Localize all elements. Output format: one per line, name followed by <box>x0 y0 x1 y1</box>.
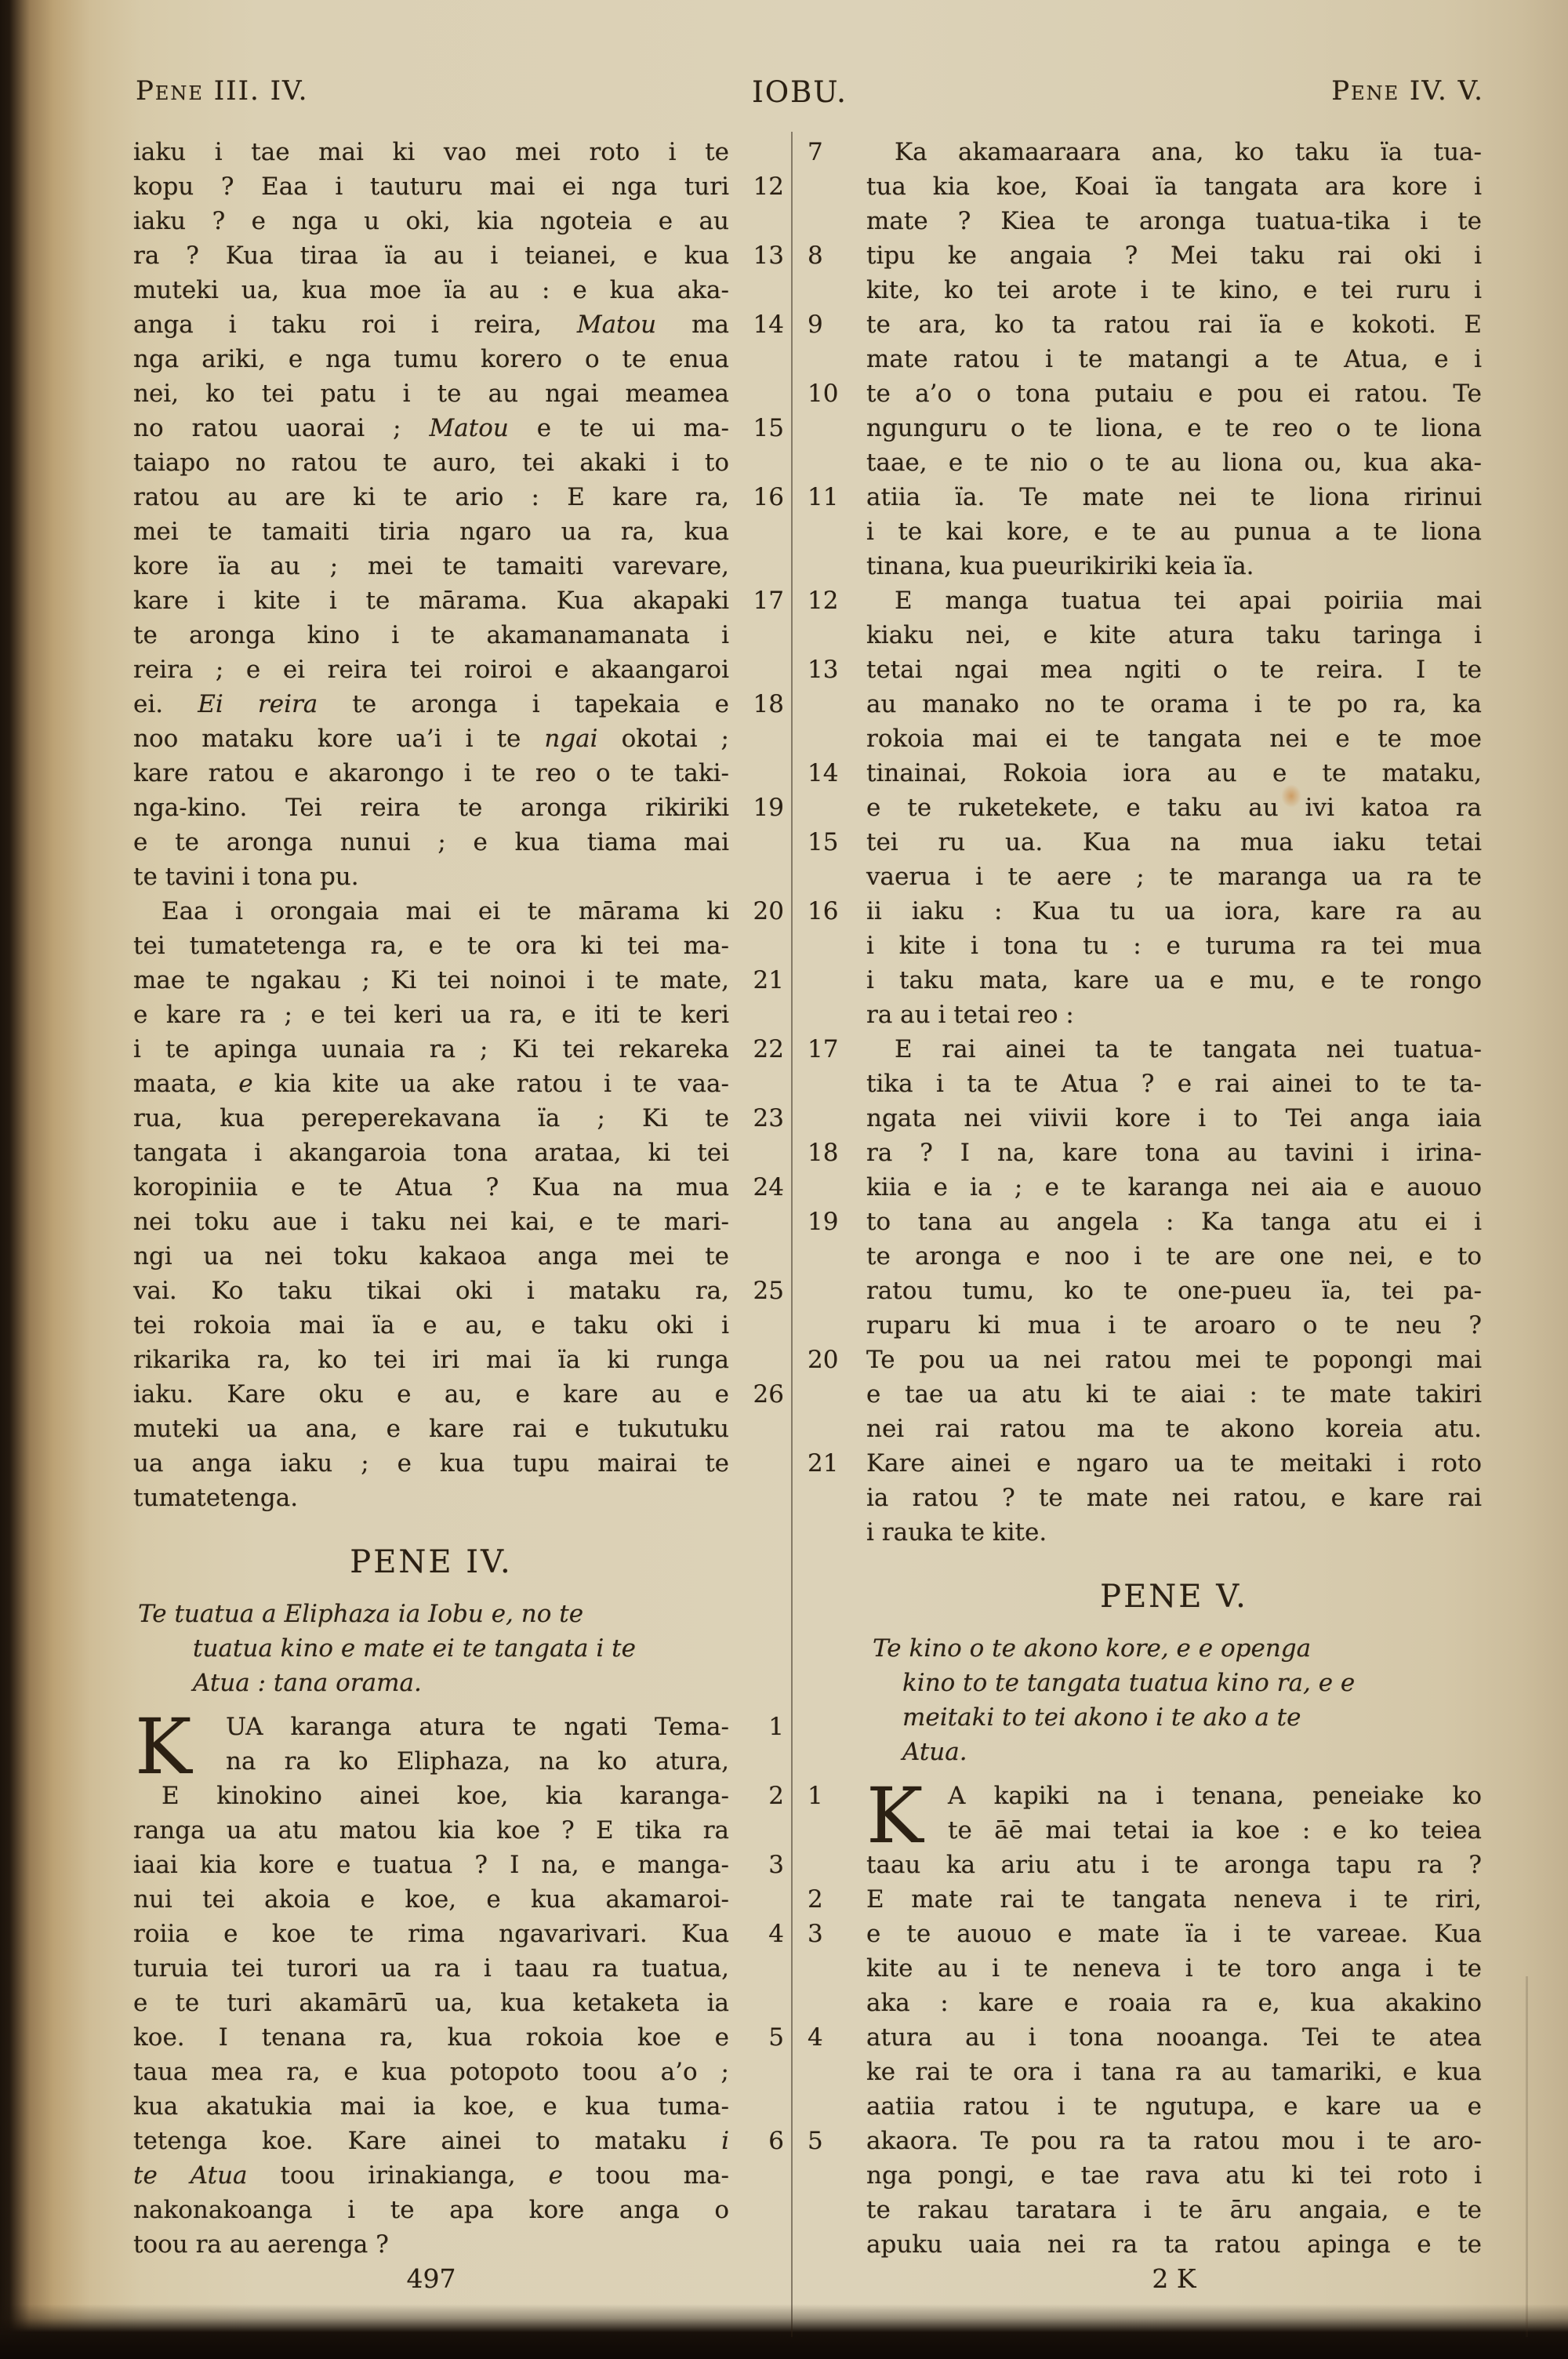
line-text: mate ? Kiea te aronga tuatua-tika i te <box>866 204 1482 238</box>
right-column: 7Ka akamaaraara ana, ko taku ïa tua-tua … <box>808 135 1482 2296</box>
text-line: 6tetenga koe. Kare ainei to mataku i <box>133 2124 784 2158</box>
text-line: i te kai kore, e te au punua a te liona <box>808 514 1482 549</box>
verse-number: 15 <box>753 411 784 445</box>
line-text: te āē mai tetai ia koe : e ko teiea <box>948 1813 1482 1848</box>
line-text: te ara, ko ta ratou rai ïa e kokoti. E <box>866 307 1482 342</box>
verse-number: 2 <box>808 1882 823 1917</box>
text-line: aka : kare e roaia ra e, kua akakino <box>808 1986 1482 2020</box>
page-number-text: 497 <box>133 2262 729 2296</box>
chapter-summary-line: kino to te tangata tuatua kino ra, e e <box>808 1666 1482 1700</box>
line-text: atiia ïa. Te mate nei te liona ririnui <box>866 480 1482 514</box>
line-text: iaku. Kare oku e au, e kare au e <box>133 1377 729 1412</box>
text-line: ruparu ki mua i te aroaro o te neu ? <box>808 1308 1482 1343</box>
text-line: 5akaora. Te pou ra ta ratou mou i te aro… <box>808 2124 1482 2158</box>
line-text: tinainai, Rokoia iora au e te mataku, <box>866 756 1482 791</box>
text-line: te tavini i tona pu. <box>133 860 784 894</box>
line-text: e te turi akamārū ua, kua ketaketa ia <box>133 1986 729 2020</box>
text-line: 10te a’o o tona putaiu e pou ei ratou. T… <box>808 376 1482 411</box>
verse-number: 13 <box>808 652 838 687</box>
line-text: rokoia mai ei te tangata nei e te moe <box>866 722 1482 756</box>
text-line: aatiia ratou i te ngutupa, e kare ua e <box>808 2089 1482 2124</box>
text-line: 17kare i kite i te mārama. Kua akapaki <box>133 583 784 618</box>
line-text: nakonakoanga i te apa kore anga o <box>133 2193 729 2227</box>
text-line: rokoia mai ei te tangata nei e te moe <box>808 722 1482 756</box>
text-line: te aronga e noo i te are one nei, e to <box>808 1239 1482 1274</box>
text-line: muteki ua, kua moe ïa au : e kua aka- <box>133 273 784 307</box>
line-text: taae, e te nio o te au liona ou, kua aka… <box>866 445 1482 480</box>
line-text: tuatua kino e mate ei te tangata i te <box>193 1631 729 1666</box>
text-line: ra au i tetai reo : <box>808 998 1482 1032</box>
verse-number: 4 <box>808 2020 823 2055</box>
line-text: e te auouo e mate ïa i te vareae. Kua <box>866 1917 1482 1951</box>
line-text: tei rokoia mai ïa e au, e taku oki i <box>133 1308 729 1343</box>
text-line: 21mae te ngakau ; Ki tei noinoi i te mat… <box>133 963 784 998</box>
line-text: ia ratou ? te mate nei ratou, e kare rai <box>866 1481 1482 1515</box>
text-line: rikarika ra, ko tei iri mai ïa ki runga <box>133 1343 784 1377</box>
line-text: kore ïa au ; mei te tamaiti varevare, <box>133 549 729 583</box>
line-text: ii iaku : Kua tu ua iora, kare ra au <box>866 894 1482 929</box>
text-line: mate ? Kiea te aronga tuatua-tika i te <box>808 204 1482 238</box>
line-text: ra au i tetai reo : <box>866 998 1482 1032</box>
verse-number: 13 <box>753 238 784 273</box>
line-text: Te pou ua nei ratou mei te popongi mai <box>866 1343 1482 1377</box>
text-line: nui tei akoia e koe, e kua akamaroi- <box>133 1882 784 1917</box>
verse-number: 4 <box>768 1917 784 1951</box>
line-text: mei te tamaiti tiria ngaro ua ra, kua <box>133 514 729 549</box>
line-text: apuku uaia nei ra ta ratou apinga e te <box>866 2227 1482 2262</box>
line-text: taiapo no ratou te auro, tei akaki i to <box>133 445 729 480</box>
line-text: meitaki to tei akono i te ako a te <box>902 1700 1482 1735</box>
line-text: kua akatukia mai ia koe, e kua tuma- <box>133 2089 729 2124</box>
text-line: e kare ra ; e tei keri ua ra, e iti te k… <box>133 998 784 1032</box>
verse-number: 22 <box>753 1032 784 1067</box>
text-line: apuku uaia nei ra ta ratou apinga e te <box>808 2227 1482 2262</box>
verse-number: 3 <box>808 1917 823 1951</box>
verse-number: 20 <box>808 1343 838 1377</box>
line-text: i te kai kore, e te au punua a te liona <box>866 514 1482 549</box>
line-text: nga-kino. Tei reira te aronga rikiriki <box>133 791 729 825</box>
text-line: e te aronga nunui ; e kua tiama mai <box>133 825 784 860</box>
verse-number: 23 <box>753 1101 784 1136</box>
text-line: 11atiia ïa. Te mate nei te liona ririnui <box>808 480 1482 514</box>
line-text: taau ka ariu atu i te aronga tapu ra ? <box>866 1848 1482 1882</box>
text-line: te āē mai tetai ia koe : e ko teiea <box>808 1813 1482 1848</box>
line-text: i te apinga uunaia ra ; Ki tei rekareka <box>133 1032 729 1067</box>
line-text: ngi ua nei toku kakaoa anga mei te <box>133 1239 729 1274</box>
text-line: noo mataku kore ua’i i te ngai okotai ; <box>133 722 784 756</box>
line-text: PENE IV. <box>133 1515 729 1579</box>
chapter-summary-line: Atua : tana orama. <box>133 1666 784 1700</box>
verse-number: 5 <box>808 2124 823 2158</box>
text-line: 12kopu ? Eaa i tauturu mai ei nga turi <box>133 169 784 204</box>
verse-number: 15 <box>808 825 838 860</box>
line-text: E kinokino ainei koe, kia karanga- <box>133 1779 729 1813</box>
verse-number: 19 <box>753 791 784 825</box>
text-line: 15tei ru ua. Kua na mua iaku tetai <box>808 825 1482 860</box>
line-text: nei toku aue i taku nei kai, e te mari- <box>133 1205 729 1239</box>
line-text: kare ratou e akarongo i te reo o te taki… <box>133 756 729 791</box>
line-text: Atua : tana orama. <box>193 1666 729 1700</box>
verse-number: 19 <box>808 1205 838 1239</box>
verse-number: 14 <box>808 756 838 791</box>
verse-number: 7 <box>808 135 823 169</box>
text-line: i rauka te kite. <box>808 1515 1482 1550</box>
line-text: Atua. <box>902 1735 1482 1769</box>
line-text: toou ra au aerenga ? <box>133 2227 729 2262</box>
text-line: kite au i te neneva i te toro anga i te <box>808 1951 1482 1986</box>
text-line: mei te tamaiti tiria ngaro ua ra, kua <box>133 514 784 549</box>
text-line: iaku ? e nga u oki, kia ngoteia e au <box>133 204 784 238</box>
text-line: taae, e te nio o te au liona ou, kua aka… <box>808 445 1482 480</box>
verse-number: 10 <box>808 376 838 411</box>
line-text: i rauka te kite. <box>866 1515 1482 1550</box>
verse-number: 12 <box>808 583 838 618</box>
line-text: noo mataku kore ua’i i te ngai okotai ; <box>133 722 729 756</box>
line-text: atura au i tona nooanga. Tei te atea <box>866 2020 1482 2055</box>
line-text: to tana au angela : Ka tanga atu ei i <box>866 1205 1482 1239</box>
text-line: 22i te apinga uunaia ra ; Ki tei rekarek… <box>133 1032 784 1067</box>
verse-number: 8 <box>808 238 823 273</box>
verse-number: 17 <box>808 1032 838 1067</box>
text-line: 20Te pou ua nei ratou mei te popongi mai <box>808 1343 1482 1377</box>
line-text: ke rai te ora i tana ra au tamariki, e k… <box>866 2055 1482 2089</box>
line-text: tinana, kua pueurikiriki keia ïa. <box>866 549 1482 583</box>
text-line: 21Kare ainei e ngaro ua te meitaki i rot… <box>808 1446 1482 1481</box>
line-text: rua, kua pereperekavana ïa ; Ki te <box>133 1101 729 1136</box>
text-line: ngata nei viivii kore i to Tei anga iaia <box>808 1101 1482 1136</box>
text-line: 3e te auouo e mate ïa i te vareae. Kua <box>808 1917 1482 1951</box>
text-line: 23rua, kua pereperekavana ïa ; Ki te <box>133 1101 784 1136</box>
signature-mark: 2 K <box>808 2262 1482 2296</box>
text-line: kua akatukia mai ia koe, e kua tuma- <box>133 2089 784 2124</box>
text-line: i taku mata, kare ua e mu, e te rongo <box>808 963 1482 998</box>
chapter-summary-line: Te tuatua a Eliphaza ia Iobu e, no te <box>133 1597 784 1631</box>
line-text: E manga tuatua tei apai poiriia mai <box>866 583 1482 618</box>
line-text: Te kino o te akono kore, e e openga <box>873 1631 1482 1666</box>
verse-number: 16 <box>808 894 838 929</box>
text-line: ke rai te ora i tana ra au tamariki, e k… <box>808 2055 1482 2089</box>
line-text: ua anga iaku ; e kua tupu mairai te <box>133 1446 729 1481</box>
left-column: iaku i tae mai ki vao mei roto i te12kop… <box>133 135 784 2296</box>
running-head-left: Pene III. IV. <box>136 75 308 107</box>
text-line: 16ratou au are ki te ario : E kare ra, <box>133 480 784 514</box>
line-text: kare i kite i te mārama. Kua akapaki <box>133 583 729 618</box>
text-line: e tae ua atu ki te aiai : te mate takiri <box>808 1377 1482 1412</box>
text-line: 19nga-kino. Tei reira te aronga rikiriki <box>133 791 784 825</box>
line-text: ratou au are ki te ario : E kare ra, <box>133 480 729 514</box>
line-text: ei. Ei reira te aronga i tapekaia e <box>133 687 729 722</box>
line-text: kite au i te neneva i te toro anga i te <box>866 1951 1482 1986</box>
text-line: nei, ko tei patu i te au ngai meamea <box>133 376 784 411</box>
line-text: koropiniia e te Atua ? Kua na mua <box>133 1170 729 1205</box>
running-head-right: Pene IV. V. <box>1331 75 1484 107</box>
text-line: mate ratou i te matangi a te Atua, e i <box>808 342 1482 376</box>
text-line: ngi ua nei toku kakaoa anga mei te <box>133 1239 784 1274</box>
verse-number: 20 <box>753 894 784 929</box>
verse-number: 12 <box>753 169 784 204</box>
text-line: 13tetai ngai mea ngiti o te reira. I te <box>808 652 1482 687</box>
text-line: ranga ua atu matou kia koe ? E tika ra <box>133 1813 784 1848</box>
text-line: 17E rai ainei ta te tangata nei tuatua- <box>808 1032 1482 1067</box>
text-line: tei rokoia mai ïa e au, e taku oki i <box>133 1308 784 1343</box>
text-line: tumatetenga. <box>133 1481 784 1515</box>
page-number: 497 <box>133 2262 784 2296</box>
text-line: te rakau taratara i te āru angaia, e te <box>808 2193 1482 2227</box>
text-line: 2E kinokino ainei koe, kia karanga- <box>133 1779 784 1813</box>
text-line: 15no ratou uaorai ; Matou e te ui ma- <box>133 411 784 445</box>
text-line: 16ii iaku : Kua tu ua iora, kare ra au <box>808 894 1482 929</box>
line-text: i kite i tona tu : e turuma ra tei mua <box>866 929 1482 963</box>
line-text: kite, ko tei arote i te kino, e tei ruru… <box>866 273 1482 307</box>
text-line: e te ruketekete, e taku au ivi katoa ra <box>808 791 1482 825</box>
text-line: 13ra ? Kua tiraa ïa au i teianei, e kua <box>133 238 784 273</box>
line-text: Eaa i orongaia mai ei te mārama ki <box>133 894 729 929</box>
text-line: tei tumatetenga ra, e te ora ki tei ma- <box>133 929 784 963</box>
line-text: tei ru ua. Kua na mua iaku tetai <box>866 825 1482 860</box>
chapter-heading: PENE V. <box>808 1550 1482 1631</box>
line-text: ranga ua atu matou kia koe ? E tika ra <box>133 1813 729 1848</box>
text-line: tua kia koe, Koai ïa tangata ara kore i <box>808 169 1482 204</box>
text-line: 18ra ? I na, kare tona au tavini i irina… <box>808 1136 1482 1170</box>
text-line: 8tipu ke angaia ? Mei taku rai oki i <box>808 238 1482 273</box>
verse-number: 1 <box>768 1710 784 1744</box>
line-text: ratou tumu, ko te one-pueu ïa, tei pa- <box>866 1274 1482 1308</box>
chapter-summary-line: meitaki to tei akono i te ako a te <box>808 1700 1482 1735</box>
verse-number: 21 <box>753 963 784 998</box>
verse-number: 3 <box>768 1848 784 1882</box>
text-line: 20Eaa i orongaia mai ei te mārama ki <box>133 894 784 929</box>
line-text: turuia tei turori ua ra i taau ra tuatua… <box>133 1951 729 1986</box>
line-text: aatiia ratou i te ngutupa, e kare ua e <box>866 2089 1482 2124</box>
line-text: te Atua toou irinakianga, e toou ma- <box>133 2158 729 2193</box>
line-text: aka : kare e roaia ra e, kua akakino <box>866 1986 1482 2020</box>
line-text: e kare ra ; e tei keri ua ra, e iti te k… <box>133 998 729 1032</box>
line-text: akaora. Te pou ra ta ratou mou i te aro- <box>866 2124 1482 2158</box>
line-text: e tae ua atu ki te aiai : te mate takiri <box>866 1377 1482 1412</box>
line-text: tetai ngai mea ngiti o te reira. I te <box>866 652 1482 687</box>
text-line: 18ei. Ei reira te aronga i tapekaia e <box>133 687 784 722</box>
text-line: te aronga kino i te akamanamanata i <box>133 618 784 652</box>
line-text: tei tumatetenga ra, e te ora ki tei ma- <box>133 929 729 963</box>
verse-number: 2 <box>768 1779 784 1813</box>
verse-number: 18 <box>808 1136 838 1170</box>
text-line: 4roiia e koe te rima ngavarivari. Kua <box>133 1917 784 1951</box>
line-text: taua mea ra, e kua potopoto toou a’o ; <box>133 2055 729 2089</box>
line-text: muteki ua, kua moe ïa au : e kua aka- <box>133 273 729 307</box>
text-line: nei rai ratou ma te akono koreia atu. <box>808 1412 1482 1446</box>
line-text: kiaku nei, e kite atura taku taringa i <box>866 618 1482 652</box>
line-text: roiia e koe te rima ngavarivari. Kua <box>133 1917 729 1951</box>
verse-number: 18 <box>753 687 784 722</box>
chapter-summary-line: Te kino o te akono kore, e e openga <box>808 1631 1482 1666</box>
line-text: nei, ko tei patu i te au ngai meamea <box>133 376 729 411</box>
text-line: maata, e kia kite ua ake ratou i te vaa- <box>133 1067 784 1101</box>
line-text: ngunguru o te liona, e te reo o te liona <box>866 411 1482 445</box>
line-text: anga i taku roi i reira, Matou ma <box>133 307 729 342</box>
text-line: muteki ua ana, e kare rai e tukutuku <box>133 1412 784 1446</box>
line-text: mate ratou i te matangi a te Atua, e i <box>866 342 1482 376</box>
text-line: 5koe. I tenana ra, kua rokoia koe e <box>133 2020 784 2055</box>
text-line: 4atura au i tona nooanga. Tei te atea <box>808 2020 1482 2055</box>
verse-number: 6 <box>768 2124 784 2158</box>
line-text: ra ? Kua tiraa ïa au i teianei, e kua <box>133 238 729 273</box>
verse-number: 16 <box>753 480 784 514</box>
line-text: A kapiki na i tenana, peneiake ko <box>948 1779 1482 1813</box>
verse-number: 17 <box>753 583 784 618</box>
chapter-summary-line: Atua. <box>808 1735 1482 1769</box>
line-text: kiia e ia ; e te karanga nei aia e auouo <box>866 1170 1482 1205</box>
chapter-heading: PENE IV. <box>133 1515 784 1597</box>
line-text: tumatetenga. <box>133 1481 729 1515</box>
text-line: nakonakoanga i te apa kore anga o <box>133 2193 784 2227</box>
line-text: tipu ke angaia ? Mei taku rai oki i <box>866 238 1482 273</box>
verse-number: 9 <box>808 307 823 342</box>
line-text: na ra ko Eliphaza, na ko atura, <box>226 1744 729 1779</box>
text-line: kite, ko tei arote i te kino, e tei ruru… <box>808 273 1482 307</box>
line-text: iaku i tae mai ki vao mei roto i te <box>133 135 729 169</box>
text-line: 26iaku. Kare oku e au, e kare au e <box>133 1377 784 1412</box>
text-line: 25vai. Ko taku tikai oki i mataku ra, <box>133 1274 784 1308</box>
text-line: kiia e ia ; e te karanga nei aia e auouo <box>808 1170 1482 1205</box>
line-text: te rakau taratara i te āru angaia, e te <box>866 2193 1482 2227</box>
line-text: Ka akamaaraara ana, ko taku ïa tua- <box>866 135 1482 169</box>
verse-number: 5 <box>768 2020 784 2055</box>
page-edge-shadow <box>1526 1976 1528 2337</box>
line-text: e te aronga nunui ; e kua tiama mai <box>133 825 729 860</box>
text-line: 2E mate rai te tangata neneva i te riri, <box>808 1882 1482 1917</box>
text-line: ngunguru o te liona, e te reo o te liona <box>808 411 1482 445</box>
chapter-summary-line: tuatua kino e mate ei te tangata i te <box>133 1631 784 1666</box>
line-text: vaerua i te aere ; te maranga ua ra te <box>866 860 1482 894</box>
line-text: iaku ? e nga u oki, kia ngoteia e au <box>133 204 729 238</box>
line-text: E rai ainei ta te tangata nei tuatua- <box>866 1032 1482 1067</box>
text-line: nga ariki, e nga tumu korero o te enua <box>133 342 784 376</box>
line-text: koe. I tenana ra, kua rokoia koe e <box>133 2020 729 2055</box>
line-text: PENE V. <box>866 1550 1482 1614</box>
line-text: maata, e kia kite ua ake ratou i te vaa- <box>133 1067 729 1101</box>
line-text: mae te ngakau ; Ki tei noinoi i te mate, <box>133 963 729 998</box>
text-line: 14tinainai, Rokoia iora au e te mataku, <box>808 756 1482 791</box>
text-line: 24koropiniia e te Atua ? Kua na mua <box>133 1170 784 1205</box>
text-line: ratou tumu, ko te one-pueu ïa, tei pa- <box>808 1274 1482 1308</box>
line-text: UA karanga atura te ngati Tema- <box>226 1710 729 1744</box>
running-head-title: IOBU. <box>721 75 878 109</box>
text-line: K1A kapiki na i tenana, peneiake ko <box>808 1779 1482 1813</box>
text-line: kare ratou e akarongo i te reo o te taki… <box>133 756 784 791</box>
text-line: 14anga i taku roi i reira, Matou ma <box>133 307 784 342</box>
text-line: kore ïa au ; mei te tamaiti varevare, <box>133 549 784 583</box>
text-line: vaerua i te aere ; te maranga ua ra te <box>808 860 1482 894</box>
line-text: tika i ta te Atua ? e rai ainei to te ta… <box>866 1067 1482 1101</box>
text-line: K1UA karanga atura te ngati Tema- <box>133 1710 784 1744</box>
line-text: te a’o o tona putaiu e pou ei ratou. Te <box>866 376 1482 411</box>
line-text: nga ariki, e nga tumu korero o te enua <box>133 342 729 376</box>
verse-number: 21 <box>808 1446 838 1481</box>
line-text: kino to te tangata tuatua kino ra, e e <box>902 1666 1482 1700</box>
verse-number: 14 <box>753 307 784 342</box>
line-text: au manako no te orama i te po ra, ka <box>866 687 1482 722</box>
text-line: 12E manga tuatua tei apai poiriia mai <box>808 583 1482 618</box>
signature-mark-text: 2 K <box>866 2262 1482 2296</box>
text-line: turuia tei turori ua ra i taau ra tuatua… <box>133 1951 784 1986</box>
line-text: e te ruketekete, e taku au ivi katoa ra <box>866 791 1482 825</box>
text-line: 19to tana au angela : Ka tanga atu ei i <box>808 1205 1482 1239</box>
line-text: rikarika ra, ko tei iri mai ïa ki runga <box>133 1343 729 1377</box>
text-line: kiaku nei, e kite atura taku taringa i <box>808 618 1482 652</box>
verse-number: 24 <box>753 1170 784 1205</box>
line-text: nei rai ratou ma te akono koreia atu. <box>866 1412 1482 1446</box>
text-line: na ra ko Eliphaza, na ko atura, <box>133 1744 784 1779</box>
line-text: tetenga koe. Kare ainei to mataku i <box>133 2124 729 2158</box>
text-line: i kite i tona tu : e turuma ra tei mua <box>808 929 1482 963</box>
line-text: Te tuatua a Eliphaza ia Iobu e, no te <box>138 1597 729 1631</box>
text-line: nei toku aue i taku nei kai, e te mari- <box>133 1205 784 1239</box>
line-text: te aronga e noo i te are one nei, e to <box>866 1239 1482 1274</box>
text-line: taau ka ariu atu i te aronga tapu ra ? <box>808 1848 1482 1882</box>
text-line: tinana, kua pueurikiriki keia ïa. <box>808 549 1482 583</box>
line-text: vai. Ko taku tikai oki i mataku ra, <box>133 1274 729 1308</box>
text-line: taiapo no ratou te auro, tei akaki i to <box>133 445 784 480</box>
line-text: ngata nei viivii kore i to Tei anga iaia <box>866 1101 1482 1136</box>
verse-number: 11 <box>808 480 838 514</box>
text-line: nga pongi, e tae rava atu ki tei roto i <box>808 2158 1482 2193</box>
line-text: iaai kia kore e tuatua ? I na, e manga- <box>133 1848 729 1882</box>
line-text: reira ; e ei reira tei roiroi e akaangar… <box>133 652 729 687</box>
line-text: nga pongi, e tae rava atu ki tei roto i <box>866 2158 1482 2193</box>
text-line: tangata i akangaroia tona arataa, ki tei <box>133 1136 784 1170</box>
text-line: iaku i tae mai ki vao mei roto i te <box>133 135 784 169</box>
line-text: ruparu ki mua i te aroaro o te neu ? <box>866 1308 1482 1343</box>
line-text: te aronga kino i te akamanamanata i <box>133 618 729 652</box>
verse-number: 26 <box>753 1377 784 1412</box>
text-line: 9te ara, ko ta ratou rai ïa e kokoti. E <box>808 307 1482 342</box>
column-divider <box>791 132 793 2337</box>
line-text: muteki ua ana, e kare rai e tukutuku <box>133 1412 729 1446</box>
verse-number: 1 <box>808 1779 823 1813</box>
line-text: i taku mata, kare ua e mu, e te rongo <box>866 963 1482 998</box>
line-text: no ratou uaorai ; Matou e te ui ma- <box>133 411 729 445</box>
text-line: reira ; e ei reira tei roiroi e akaangar… <box>133 652 784 687</box>
text-line: ia ratou ? te mate nei ratou, e kare rai <box>808 1481 1482 1515</box>
text-line: au manako no te orama i te po ra, ka <box>808 687 1482 722</box>
text-line: 3iaai kia kore e tuatua ? I na, e manga- <box>133 1848 784 1882</box>
text-line: taua mea ra, e kua potopoto toou a’o ; <box>133 2055 784 2089</box>
text-line: 7Ka akamaaraara ana, ko taku ïa tua- <box>808 135 1482 169</box>
text-line: tika i ta te Atua ? e rai ainei to te ta… <box>808 1067 1482 1101</box>
text-line: ua anga iaku ; e kua tupu mairai te <box>133 1446 784 1481</box>
text-line: e te turi akamārū ua, kua ketaketa ia <box>133 1986 784 2020</box>
line-text: kopu ? Eaa i tauturu mai ei nga turi <box>133 169 729 204</box>
line-text: tangata i akangaroia tona arataa, ki tei <box>133 1136 729 1170</box>
line-text: te tavini i tona pu. <box>133 860 729 894</box>
line-text: tua kia koe, Koai ïa tangata ara kore i <box>866 169 1482 204</box>
text-line: toou ra au aerenga ? <box>133 2227 784 2262</box>
line-text: nui tei akoia e koe, e kua akamaroi- <box>133 1882 729 1917</box>
line-text: Kare ainei e ngaro ua te meitaki i roto <box>866 1446 1482 1481</box>
line-text: ra ? I na, kare tona au tavini i irina- <box>866 1136 1482 1170</box>
book-page: Pene III. IV. IOBU. Pene IV. V. iaku i t… <box>0 0 1568 2359</box>
text-line: te Atua toou irinakianga, e toou ma- <box>133 2158 784 2193</box>
verse-number: 25 <box>753 1274 784 1308</box>
line-text: E mate rai te tangata neneva i te riri, <box>866 1882 1482 1917</box>
